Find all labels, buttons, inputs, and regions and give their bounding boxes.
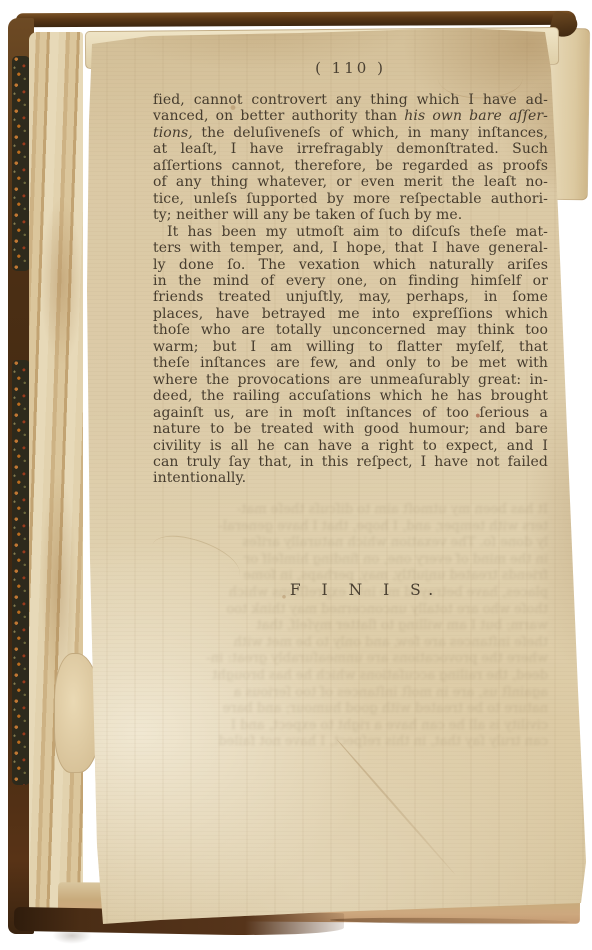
text-line: fied, cannot controvert any thing which … — [153, 92, 548, 108]
marbled-endpaper-lower — [12, 360, 30, 785]
shadow-under-spine — [52, 930, 92, 944]
text-line: of any thing whatever, or even merit the… — [153, 174, 548, 190]
text-line: at leaſt, I have irrefragably demonſtrat… — [153, 141, 548, 157]
show-through-line: ly done ſo. The vexation which naturally… — [206, 535, 548, 552]
book-board-top-edge — [16, 11, 576, 27]
book-photograph: It has been my utmoſt aim to diſcuſs the… — [0, 0, 592, 950]
text-line: It has been my utmoſt aim to diſcuſs the… — [153, 224, 548, 240]
text-line: intentionally. — [153, 470, 548, 486]
show-through-line: where the provocations are unmeaſurably … — [206, 651, 548, 668]
show-through-line: warm; but I am willing to flatter myſelf… — [206, 618, 548, 635]
text-line: aſſertions cannot, therefore, be regarde… — [153, 158, 548, 174]
printed-text-block: ( 110 ) fied, cannot controvert any thin… — [153, 58, 548, 487]
text-line: tions, the deluſiveneſs of which, in man… — [153, 125, 548, 141]
show-through-line: againſt us, are in moſt inſtances of too… — [206, 685, 548, 702]
show-through-line: ters with temper, and, I hope, that I ha… — [206, 519, 548, 536]
text-line: ters with temper, and, I hope, that I ha… — [153, 240, 548, 256]
text-line: can truly ſay that, in this reſpect, I h… — [153, 454, 548, 470]
text-lines: fied, cannot controvert any thing which … — [153, 92, 548, 487]
text-line: civility is all he can have a right to e… — [153, 438, 548, 454]
text-line: in the mind of every one, on finding him… — [153, 273, 548, 289]
show-through-line: thoſe who are totally unconcerned may th… — [206, 602, 548, 619]
finis-colophon: F I N I S. — [153, 581, 548, 599]
deckle-page-edges — [29, 32, 83, 924]
text-line: vanced, on better authority than his own… — [153, 108, 548, 124]
show-through-line: deed, the railing accuſations which he h… — [206, 668, 548, 685]
show-through-line: theſe inſtances are few, and only to be … — [206, 635, 548, 652]
text-line: deed, the railing accuſations which he h… — [153, 388, 548, 404]
show-through-line: civility is all he can have a right to e… — [206, 718, 548, 735]
show-through-line: It has been my utmoſt aim to diſcuſs the… — [206, 502, 548, 519]
text-line: againſt us, are in moſt inſtances of too… — [153, 405, 548, 421]
text-line: where the provocations are unmeaſurably … — [153, 372, 548, 388]
page-number: ( 110 ) — [153, 58, 548, 78]
text-line: theſe inſtances are few, and only to be … — [153, 355, 548, 371]
text-line: ty; neither will any be taken of ſuch by… — [153, 207, 548, 223]
marbled-endpaper-upper — [12, 56, 30, 271]
text-line: ly done ſo. The vexation which naturally… — [153, 257, 548, 273]
show-through-line: in the mind of every one, on finding him… — [206, 552, 548, 569]
text-line: places, have betrayed me into expreſſion… — [153, 306, 548, 322]
text-line: warm; but I am willing to flatter myſelf… — [153, 339, 548, 355]
text-line: tice, unleſs ſupported by more reſpectab… — [153, 191, 548, 207]
text-line: thoſe who are totally unconcerned may th… — [153, 322, 548, 338]
text-line: nature to be treated with good humour; a… — [153, 421, 548, 437]
show-through-text: It has been my utmoſt aim to diſcuſs the… — [206, 502, 548, 751]
text-line: friends treated unjuſtly, may, perhaps, … — [153, 289, 548, 305]
show-through-line: nature to be treated with good humour; a… — [206, 701, 548, 718]
show-through-line: can truly ſay that, in this reſpect, I h… — [206, 734, 548, 751]
